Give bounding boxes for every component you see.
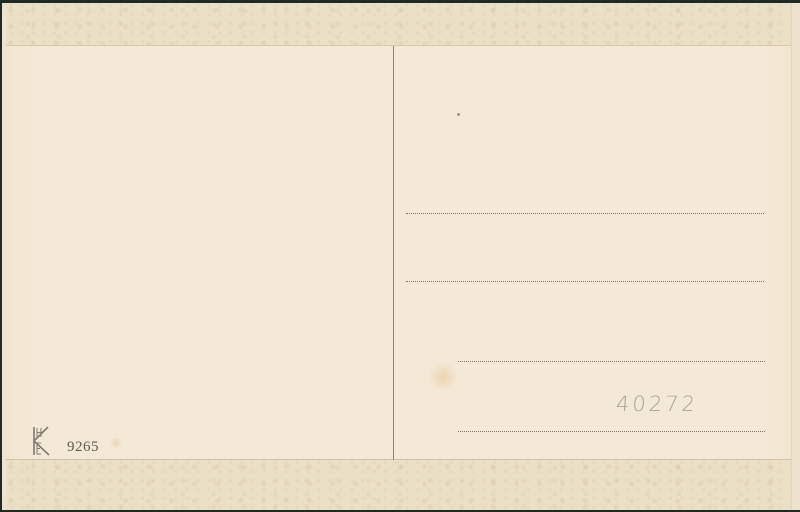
address-line-3 xyxy=(458,361,765,362)
scan-background: 9265 40272 xyxy=(0,0,800,512)
address-line-4 xyxy=(458,431,765,432)
publisher-logo-icon xyxy=(32,426,50,456)
right-card-edge xyxy=(791,3,800,510)
center-divider-line xyxy=(393,46,394,460)
pencil-inscription: 40272 xyxy=(615,392,698,416)
address-line-1 xyxy=(406,213,764,214)
card-number: 9265 xyxy=(67,439,99,456)
top-mounting-strip xyxy=(6,3,791,46)
foxing-stain xyxy=(428,362,458,392)
paper-speck xyxy=(457,113,460,116)
postcard-back xyxy=(2,3,798,510)
bottom-mounting-strip xyxy=(6,459,791,510)
foxing-stain xyxy=(110,437,122,449)
address-line-2 xyxy=(406,281,764,282)
